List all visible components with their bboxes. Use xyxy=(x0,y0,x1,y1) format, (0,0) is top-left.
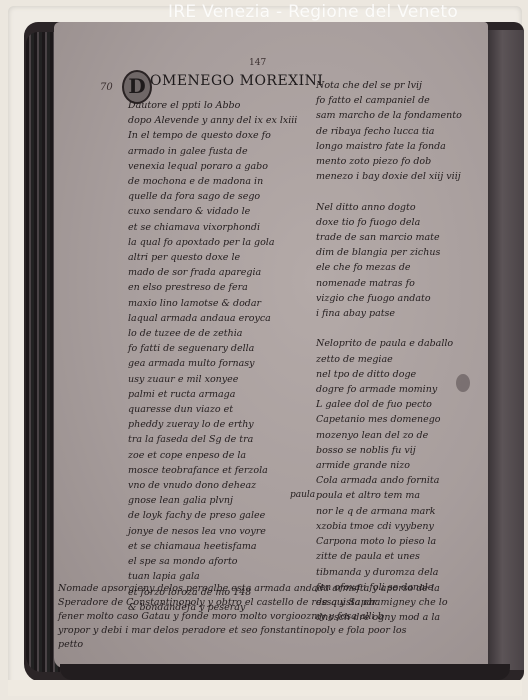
manuscript-line xyxy=(316,321,486,336)
manuscript-line: armado in galee fusta de xyxy=(128,144,288,159)
manuscript-line: pheddy zueray lo de erthy xyxy=(128,417,288,432)
manuscript-line: ele che fo mezas de xyxy=(316,260,486,275)
manuscript-line: cuxo sendaro & vidado le xyxy=(128,204,288,219)
manuscript-line: dopo Alevende y anny del ix ex lxiii xyxy=(128,113,288,128)
manuscript-line: fo fatto el campaniel de xyxy=(316,93,486,108)
manuscript-line: armide grande nizo xyxy=(316,458,486,473)
manuscript-line: mosce teobrafance et ferzola xyxy=(128,463,288,478)
manuscript-line: dim de blangia per zichus xyxy=(316,245,486,260)
manuscript-line: de loyk fachy de preso galee xyxy=(128,508,288,523)
manuscript-line: longo maistro fate la fonda xyxy=(316,139,486,154)
manuscript-line: Capetanio mes domenego xyxy=(316,412,486,427)
manuscript-line: fener molto caso Gatau y fonde moro molt… xyxy=(58,610,488,624)
manuscript-line: gnose lean galia plvnj xyxy=(128,493,288,508)
manuscript-line xyxy=(316,184,486,199)
manuscript-line: mado de sor frada aparegia xyxy=(128,265,288,280)
manuscript-line: altri per questo doxe le xyxy=(128,250,288,265)
manuscript-line: quelle da fora sago de sego xyxy=(128,189,288,204)
heading: OMENEGO MOREXINI xyxy=(150,73,323,89)
manuscript-line: la qual fo apoxtado per la gola xyxy=(128,235,288,250)
manuscript-line: petto xyxy=(58,638,488,652)
manuscript-line: Nota che del se pr lvij xyxy=(316,78,486,93)
manuscript-line: nomenade matras fo xyxy=(316,276,486,291)
manuscript-line: Dautore el ppti lo Abbo xyxy=(128,98,288,113)
manuscript-line: Neloprito de paula e daballo xyxy=(316,336,486,351)
manuscript-line: vizgio che fuogo andato xyxy=(316,291,486,306)
manuscript-line: venexia lequal poraro a gabo xyxy=(128,159,288,174)
manuscript-line: zitte de paula et unes xyxy=(316,549,486,564)
book-bottom-shadow xyxy=(60,664,510,680)
manuscript-line: et se chiamaua heetisfama xyxy=(128,539,288,554)
manuscript-line: bosso se noblis fu vij xyxy=(316,443,486,458)
manuscript-line: Cola armada ando fornita xyxy=(316,473,486,488)
manuscript-line: mento zoto piezo fo dob xyxy=(316,154,486,169)
manuscript-line: jonye de nesos lea vno voyre xyxy=(128,524,288,539)
manuscript-line: et se chiamava vixorphondi xyxy=(128,220,288,235)
manuscript-line: lo de tuzee de de zethia xyxy=(128,326,288,341)
manuscript-line: sam marcho de la fondamento xyxy=(316,108,486,123)
margin-number: 70 xyxy=(100,82,113,93)
photo-mount-bottom xyxy=(8,680,522,696)
manuscript-line: gea armada multo fornasy xyxy=(128,356,288,371)
left-column-text: Dautore el ppti lo Abbodopo Alevende y a… xyxy=(128,98,288,615)
manuscript-line: Nomade apsorgieny delos peroalbe esta ar… xyxy=(58,582,488,596)
manuscript-line: menezo i bay doxie del xiij viij xyxy=(316,169,486,184)
manuscript-line: tibmanda y duromza dela xyxy=(316,565,486,580)
manuscript-line: L galee dol de fuo pecto xyxy=(316,397,486,412)
manuscript-line: de ribaya fecho lucca tia xyxy=(316,124,486,139)
manuscript-line: tra la faseda del Sg de tra xyxy=(128,432,288,447)
watermark: IRE Venezia - Regione del Veneto xyxy=(168,2,458,22)
manuscript-line: quaresse dun viazo et xyxy=(128,402,288,417)
right-column-text: Nota che del se pr lvijfo fatto el campa… xyxy=(316,78,486,625)
manuscript-line: In el tempo de questo doxe fo xyxy=(128,128,288,143)
manuscript-line: en elso prestreso de fera xyxy=(128,280,288,295)
manuscript-line: fo fatti de seguenary della xyxy=(128,341,288,356)
manuscript-line: Nel ditto anno dogto xyxy=(316,200,486,215)
bottom-paragraph: Nomade apsorgieny delos peroalbe esta ar… xyxy=(58,582,488,652)
manuscript-line: zoe et cope enpeso de la xyxy=(128,448,288,463)
manuscript-line: nor le q de armana mark xyxy=(316,504,486,519)
manuscript-line: trade de san marcio mate xyxy=(316,230,486,245)
manuscript-line: xzobia tmoe cdi vyybeny xyxy=(316,519,486,534)
manuscript-line: Speradore de Constantinopoly y obtro el … xyxy=(58,596,488,610)
margin-note: paula xyxy=(290,490,315,500)
manuscript-line: yropor y debi i mar delos peradore et se… xyxy=(58,624,488,638)
manuscript-line: maxio lino lamotse & dodar xyxy=(128,296,288,311)
folio-number: 147 xyxy=(249,58,266,68)
manuscript-line: usy zuaur e mil xonyee xyxy=(128,372,288,387)
manuscript-line: doxe tio fo fuogo dela xyxy=(316,215,486,230)
manuscript-line: mozenyo lean del zo de xyxy=(316,428,486,443)
manuscript-line: poula et altro tem ma xyxy=(316,488,486,503)
manuscript-line: i fina abay patse xyxy=(316,306,486,321)
manuscript-line: palmi et ructa armaga xyxy=(128,387,288,402)
ink-stain xyxy=(456,374,470,392)
facing-page-edge xyxy=(488,30,524,670)
manuscript-line: de mochona e de madona in xyxy=(128,174,288,189)
manuscript-line: zetto de megiae xyxy=(316,352,486,367)
manuscript-line: Carpona moto lo pieso la xyxy=(316,534,486,549)
manuscript-line: laqual armada andaua eroyca xyxy=(128,311,288,326)
manuscript-line: vno de vnudo dono deheaz xyxy=(128,478,288,493)
manuscript-line: el spe sa mondo aforto xyxy=(128,554,288,569)
